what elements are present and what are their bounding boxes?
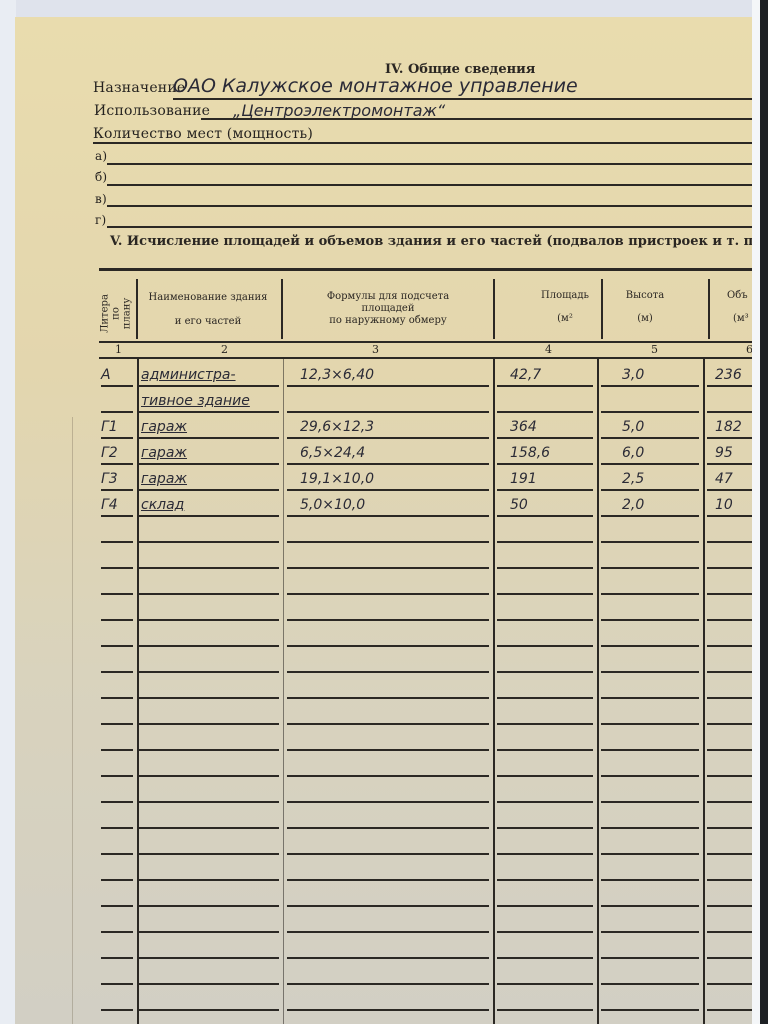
- row-6-formula-line: [287, 515, 489, 517]
- row-19-name-line: [139, 853, 279, 855]
- row-10-volume-line: [707, 619, 752, 621]
- row-4-formula: 6,5×24,4: [300, 445, 365, 461]
- row-13-formula-line: [287, 697, 489, 699]
- row-6-litera: Г4: [101, 497, 118, 513]
- section-5-title: V. Исчисление площадей и объемов здания …: [110, 234, 752, 249]
- row-19-area-line: [497, 853, 593, 855]
- row-11-litera-line: [101, 645, 133, 647]
- row-3-area-line: [497, 437, 593, 439]
- row-3-volume: 182: [715, 419, 742, 435]
- subitem-g-line: [107, 226, 752, 228]
- row-7-volume-line: [707, 541, 752, 543]
- row-20-height-line: [601, 879, 699, 881]
- row-10-formula-line: [287, 619, 489, 621]
- row-8-litera-line: [101, 567, 133, 569]
- row-13-height-line: [601, 697, 699, 699]
- row-24-litera-line: [101, 983, 133, 985]
- row-1-volume-line: [707, 385, 752, 387]
- header-divider-4: [601, 279, 603, 339]
- row-8-name-line: [139, 567, 279, 569]
- row-5-area: 191: [510, 471, 537, 487]
- number-row-bottom-border: [99, 357, 752, 359]
- row-4-litera-line: [101, 463, 133, 465]
- row-8-area-line: [497, 567, 593, 569]
- body-divider-4: [597, 358, 599, 1024]
- row-6-volume-line: [707, 515, 752, 517]
- row-5-name: гараж: [141, 471, 187, 487]
- row-20-area-line: [497, 879, 593, 881]
- col-num-6: 6: [746, 343, 752, 356]
- row-24-height-line: [601, 983, 699, 985]
- subitem-b-label: б): [95, 170, 107, 184]
- col-1-header: Литера по плану: [100, 293, 133, 335]
- row-23-volume-line: [707, 957, 752, 959]
- table-top-border: [99, 268, 752, 271]
- subitem-v-label: в): [95, 192, 107, 206]
- row-15-formula-line: [287, 749, 489, 751]
- row-22-volume-line: [707, 931, 752, 933]
- row-25-volume-line: [707, 1009, 752, 1011]
- row-13-litera-line: [101, 697, 133, 699]
- row-4-volume-line: [707, 463, 752, 465]
- row-7-formula-line: [287, 541, 489, 543]
- row-22-height-line: [601, 931, 699, 933]
- row-19-formula-line: [287, 853, 489, 855]
- row-6-litera-line: [101, 515, 133, 517]
- row-1-formula: 12,3×6,40: [300, 367, 374, 383]
- subitem-a-line: [107, 163, 752, 165]
- row-4-volume: 95: [715, 445, 733, 461]
- row-4-litera: Г2: [101, 445, 118, 461]
- row-18-area-line: [497, 827, 593, 829]
- row-6-name-line: [139, 515, 279, 517]
- row-4-name-line: [139, 463, 279, 465]
- row-5-height: 2,5: [622, 471, 644, 487]
- row-15-height-line: [601, 749, 699, 751]
- field-label-purpose: Назначение: [93, 80, 185, 96]
- row-6-area: 50: [510, 497, 528, 513]
- row-24-area-line: [497, 983, 593, 985]
- row-24-name-line: [139, 983, 279, 985]
- row-3-formula: 29,6×12,3: [300, 419, 374, 435]
- row-17-volume-line: [707, 801, 752, 803]
- row-17-name-line: [139, 801, 279, 803]
- row-18-formula-line: [287, 827, 489, 829]
- body-divider-3: [493, 358, 495, 1024]
- row-4-height: 6,0: [622, 445, 644, 461]
- row-16-litera-line: [101, 775, 133, 777]
- row-1-area-line: [497, 385, 593, 387]
- row-1-name: администра-: [141, 367, 236, 383]
- row-25-area-line: [497, 1009, 593, 1011]
- field-label-usage: Использование: [94, 103, 210, 119]
- row-5-height-line: [601, 489, 699, 491]
- row-1-height-line: [601, 385, 699, 387]
- row-2-area-line: [497, 411, 593, 413]
- row-20-litera-line: [101, 879, 133, 881]
- subitem-v-line: [107, 205, 752, 207]
- row-12-litera-line: [101, 671, 133, 673]
- row-3-height-line: [601, 437, 699, 439]
- row-11-height-line: [601, 645, 699, 647]
- row-8-height-line: [601, 567, 699, 569]
- subitem-a-label: а): [95, 149, 107, 163]
- col-num-5: 5: [651, 343, 658, 356]
- field-label-capacity: Количество мест (мощность): [93, 126, 313, 142]
- row-11-name-line: [139, 645, 279, 647]
- row-4-formula-line: [287, 463, 489, 465]
- row-16-area-line: [497, 775, 593, 777]
- row-14-area-line: [497, 723, 593, 725]
- row-3-area: 364: [510, 419, 537, 435]
- row-13-volume-line: [707, 697, 752, 699]
- row-24-formula-line: [287, 983, 489, 985]
- document-page: IV. Общие сведения Назначение ОАО Калужс…: [15, 17, 752, 1024]
- header-divider-1: [136, 279, 138, 339]
- row-1-height: 3,0: [622, 367, 644, 383]
- row-14-formula-line: [287, 723, 489, 725]
- row-5-litera: Г3: [101, 471, 118, 487]
- row-3-formula-line: [287, 437, 489, 439]
- row-20-name-line: [139, 879, 279, 881]
- row-19-height-line: [601, 853, 699, 855]
- row-11-volume-line: [707, 645, 752, 647]
- row-5-formula: 19,1×10,0: [300, 471, 374, 487]
- row-3-height: 5,0: [622, 419, 644, 435]
- row-20-formula-line: [287, 879, 489, 881]
- row-11-formula-line: [287, 645, 489, 647]
- subitem-g-label: г): [95, 213, 106, 227]
- row-1-name-line: [139, 385, 279, 387]
- row-8-formula-line: [287, 567, 489, 569]
- field-line-usage: [201, 118, 752, 120]
- row-10-litera-line: [101, 619, 133, 621]
- row-3-litera: Г1: [101, 419, 118, 435]
- row-23-height-line: [601, 957, 699, 959]
- row-9-volume-line: [707, 593, 752, 595]
- body-divider-5: [703, 358, 705, 1024]
- row-24-volume-line: [707, 983, 752, 985]
- row-5-volume-line: [707, 489, 752, 491]
- row-9-area-line: [497, 593, 593, 595]
- row-14-volume-line: [707, 723, 752, 725]
- col-6-unit: (м³: [733, 311, 752, 326]
- row-21-area-line: [497, 905, 593, 907]
- row-6-height: 2,0: [622, 497, 644, 513]
- row-19-volume-line: [707, 853, 752, 855]
- col-3-header-line3: по наружному обмеру: [283, 313, 493, 328]
- header-divider-5: [708, 279, 710, 339]
- row-5-area-line: [497, 489, 593, 491]
- row-21-volume-line: [707, 905, 752, 907]
- col-num-4: 4: [545, 343, 552, 356]
- row-16-volume-line: [707, 775, 752, 777]
- row-2-volume-line: [707, 411, 752, 413]
- background-left: [0, 0, 16, 1024]
- row-9-name-line: [139, 593, 279, 595]
- header-divider-3: [493, 279, 495, 339]
- row-18-height-line: [601, 827, 699, 829]
- row-2-height-line: [601, 411, 699, 413]
- row-12-volume-line: [707, 671, 752, 673]
- row-23-litera-line: [101, 957, 133, 959]
- row-5-litera-line: [101, 489, 133, 491]
- row-21-formula-line: [287, 905, 489, 907]
- row-1-litera-line: [101, 385, 133, 387]
- row-10-name-line: [139, 619, 279, 621]
- row-19-litera-line: [101, 853, 133, 855]
- row-7-height-line: [601, 541, 699, 543]
- row-12-name-line: [139, 671, 279, 673]
- row-16-name-line: [139, 775, 279, 777]
- row-23-area-line: [497, 957, 593, 959]
- row-7-area-line: [497, 541, 593, 543]
- row-7-litera-line: [101, 541, 133, 543]
- row-6-height-line: [601, 515, 699, 517]
- row-6-area-line: [497, 515, 593, 517]
- row-12-formula-line: [287, 671, 489, 673]
- row-5-name-line: [139, 489, 279, 491]
- row-25-litera-line: [101, 1009, 133, 1011]
- col-2-header-line1: Наименование здания: [137, 290, 279, 305]
- row-21-height-line: [601, 905, 699, 907]
- col-2-header-line2: и его частей: [137, 314, 279, 329]
- row-21-litera-line: [101, 905, 133, 907]
- background-right: [752, 0, 768, 1024]
- row-13-name-line: [139, 697, 279, 699]
- row-23-name-line: [139, 957, 279, 959]
- row-18-volume-line: [707, 827, 752, 829]
- row-4-area: 158,6: [510, 445, 550, 461]
- row-6-formula: 5,0×10,0: [300, 497, 365, 513]
- row-25-height-line: [601, 1009, 699, 1011]
- row-9-height-line: [601, 593, 699, 595]
- row-3-volume-line: [707, 437, 752, 439]
- row-15-name-line: [139, 749, 279, 751]
- row-22-formula-line: [287, 931, 489, 933]
- col-4-unit: (м²: [525, 311, 605, 326]
- row-16-formula-line: [287, 775, 489, 777]
- body-divider-1: [137, 358, 139, 1024]
- row-23-formula-line: [287, 957, 489, 959]
- row-3-name: гараж: [141, 419, 187, 435]
- row-2-formula-line: [287, 411, 489, 413]
- row-8-volume-line: [707, 567, 752, 569]
- row-5-formula-line: [287, 489, 489, 491]
- row-17-area-line: [497, 801, 593, 803]
- row-15-litera-line: [101, 749, 133, 751]
- row-2-name: тивное здание: [141, 393, 250, 409]
- row-18-name-line: [139, 827, 279, 829]
- row-13-area-line: [497, 697, 593, 699]
- row-10-height-line: [601, 619, 699, 621]
- row-5-volume: 47: [715, 471, 733, 487]
- row-3-litera-line: [101, 437, 133, 439]
- row-9-formula-line: [287, 593, 489, 595]
- body-divider-2: [283, 358, 284, 1024]
- field-line-purpose: [173, 98, 752, 100]
- row-2-name-line: [139, 411, 279, 413]
- page-fold-crease: [72, 417, 73, 1024]
- col-5-unit: (м): [607, 311, 683, 326]
- row-18-litera-line: [101, 827, 133, 829]
- row-17-litera-line: [101, 801, 133, 803]
- row-9-litera-line: [101, 593, 133, 595]
- row-14-name-line: [139, 723, 279, 725]
- col-num-3: 3: [372, 343, 379, 356]
- row-2-litera-line: [101, 411, 133, 413]
- row-4-height-line: [601, 463, 699, 465]
- row-6-name: склад: [141, 497, 184, 513]
- row-20-volume-line: [707, 879, 752, 881]
- row-12-area-line: [497, 671, 593, 673]
- row-3-name-line: [139, 437, 279, 439]
- row-22-litera-line: [101, 931, 133, 933]
- row-1-volume: 236: [715, 367, 742, 383]
- row-11-area-line: [497, 645, 593, 647]
- col-6-header: Объ: [727, 288, 752, 303]
- col-num-2: 2: [221, 343, 228, 356]
- row-7-name-line: [139, 541, 279, 543]
- row-15-volume-line: [707, 749, 752, 751]
- row-4-area-line: [497, 463, 593, 465]
- row-6-volume: 10: [715, 497, 733, 513]
- col-num-1: 1: [115, 343, 122, 356]
- row-17-height-line: [601, 801, 699, 803]
- row-17-formula-line: [287, 801, 489, 803]
- row-4-name: гараж: [141, 445, 187, 461]
- field-value-purpose: ОАО Калужское монтажное управление: [173, 75, 578, 97]
- row-21-name-line: [139, 905, 279, 907]
- row-15-area-line: [497, 749, 593, 751]
- row-1-litera: А: [101, 367, 111, 383]
- row-25-formula-line: [287, 1009, 489, 1011]
- row-22-area-line: [497, 931, 593, 933]
- row-10-area-line: [497, 619, 593, 621]
- row-16-height-line: [601, 775, 699, 777]
- row-25-name-line: [139, 1009, 279, 1011]
- field-line-capacity: [93, 142, 752, 144]
- row-12-height-line: [601, 671, 699, 673]
- row-1-area: 42,7: [510, 367, 541, 383]
- row-22-name-line: [139, 931, 279, 933]
- col-4-header: Площадь: [525, 288, 605, 303]
- row-14-height-line: [601, 723, 699, 725]
- row-14-litera-line: [101, 723, 133, 725]
- col-5-header: Высота: [607, 288, 683, 303]
- row-1-formula-line: [287, 385, 489, 387]
- subitem-b-line: [107, 184, 752, 186]
